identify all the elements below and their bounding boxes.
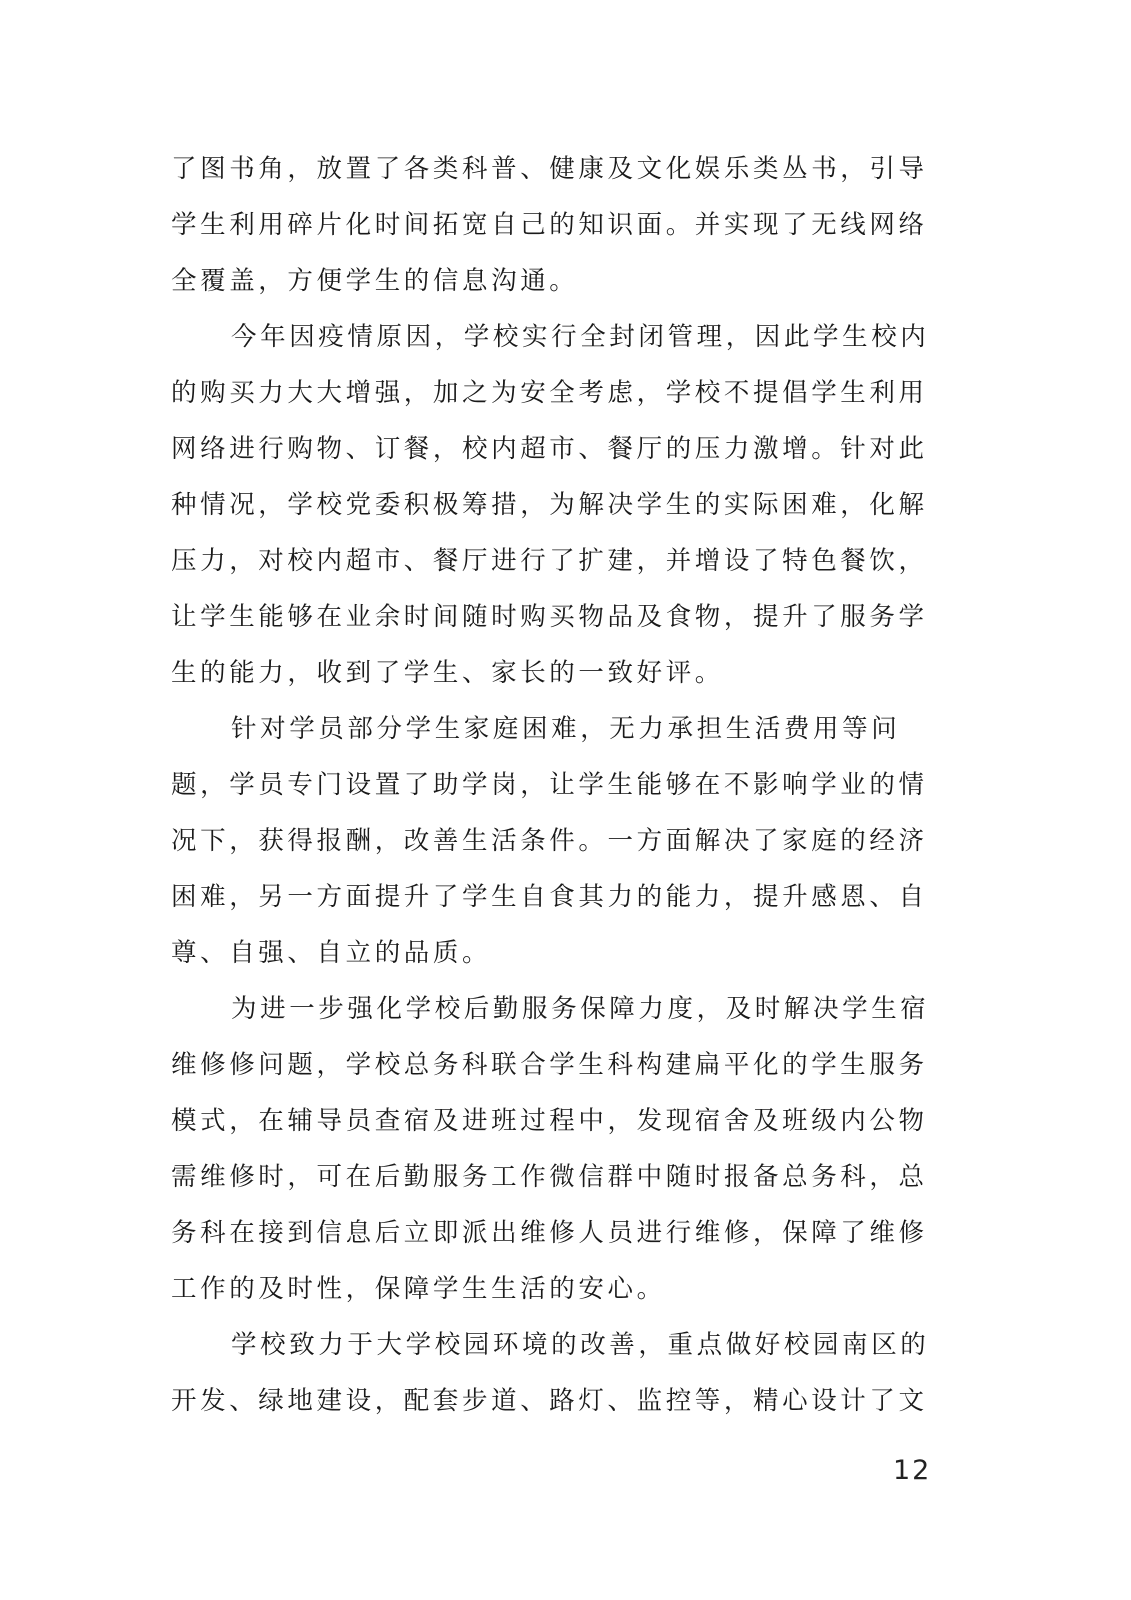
- text-line: 开发、绿地建设，配套步道、路灯、监控等，精心设计了文: [171, 1373, 943, 1429]
- text-line: 网络进行购物、订餐，校内超市、餐厅的压力激增。针对此: [171, 421, 943, 477]
- text-line: 工作的及时性，保障学生生活的安心。: [171, 1261, 943, 1317]
- text-line: 模式，在辅导员查宿及进班过程中，发现宿舍及班级内公物: [171, 1093, 943, 1149]
- text-line: 的购买力大大增强，加之为安全考虑，学校不提倡学生利用: [171, 365, 943, 421]
- text-line: 生的能力，收到了学生、家长的一致好评。: [171, 645, 943, 701]
- page-number: 12: [893, 1455, 931, 1486]
- text-line: 务科在接到信息后立即派出维修人员进行维修，保障了维修: [171, 1205, 943, 1261]
- text-line: 需维修时，可在后勤服务工作微信群中随时报备总务科，总: [171, 1149, 943, 1205]
- text-line: 学生利用碎片化时间拓宽自己的知识面。并实现了无线网络: [171, 197, 943, 253]
- text-line: 让学生能够在业余时间随时购买物品及食物，提升了服务学: [171, 589, 943, 645]
- body-text: 了图书角，放置了各类科普、健康及文化娱乐类丛书，引导 学生利用碎片化时间拓宽自己…: [171, 141, 943, 1429]
- text-line: 了图书角，放置了各类科普、健康及文化娱乐类丛书，引导: [171, 141, 943, 197]
- text-line: 困难，另一方面提升了学生自食其力的能力，提升感恩、自: [171, 869, 943, 925]
- text-line: 题，学员专门设置了助学岗，让学生能够在不影响学业的情: [171, 757, 943, 813]
- text-line: 况下，获得报酬，改善生活条件。一方面解决了家庭的经济: [171, 813, 943, 869]
- paragraph-start-line: 今年因疫情原因，学校实行全封闭管理，因此学生校内: [171, 309, 943, 365]
- paragraph-start-line: 针对学员部分学生家庭困难，无力承担生活费用等问: [171, 701, 943, 757]
- document-page: 了图书角，放置了各类科普、健康及文化娱乐类丛书，引导 学生利用碎片化时间拓宽自己…: [0, 0, 1131, 1600]
- paragraph-start-line: 为进一步强化学校后勤服务保障力度，及时解决学生宿: [171, 981, 943, 1037]
- text-line: 压力，对校内超市、餐厅进行了扩建，并增设了特色餐饮，: [171, 533, 943, 589]
- text-line: 维修修问题，学校总务科联合学生科构建扁平化的学生服务: [171, 1037, 943, 1093]
- text-line: 种情况，学校党委积极筹措，为解决学生的实际困难，化解: [171, 477, 943, 533]
- text-line: 全覆盖，方便学生的信息沟通。: [171, 253, 943, 309]
- text-line: 尊、自强、自立的品质。: [171, 925, 943, 981]
- paragraph-start-line: 学校致力于大学校园环境的改善，重点做好校园南区的: [171, 1317, 943, 1373]
